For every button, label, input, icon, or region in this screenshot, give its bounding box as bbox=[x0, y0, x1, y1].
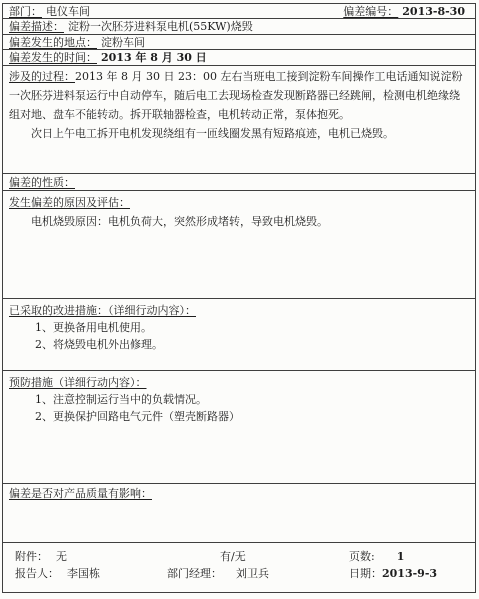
location-value: 淀粉车间 bbox=[101, 36, 145, 49]
section-quality-impact: 偏差是否对产品质量有影响： bbox=[3, 484, 475, 543]
description-value: 淀粉一次胚芬进料泵电机(55KW)烧毁 bbox=[68, 20, 253, 33]
department-value: 电仪车间 bbox=[46, 5, 90, 18]
section-cause: 发生偏差的原因及评估： 电机烧毁原因：电机负荷大，突然形成堵转，导致电机烧毁。 bbox=[3, 191, 475, 299]
department-label: 部门： bbox=[9, 5, 42, 18]
footer: 附件：无 有/无 页数:1 报告人：李国栋 部门经理：刘卫兵 日期：2013-9… bbox=[3, 543, 475, 589]
process-paragraph-1: 涉及的过程：2013 年 8 月 30 日 23：00 左右当班电工接到淀粉车间… bbox=[9, 67, 469, 124]
section-nature: 偏差的性质： bbox=[3, 174, 475, 191]
reporter-field: 报告人：李国栋 bbox=[15, 565, 100, 582]
manager-label: 部门经理： bbox=[167, 567, 222, 580]
manager-value: 刘卫兵 bbox=[236, 567, 269, 580]
deviation-number-value: 2013-8-30 bbox=[402, 5, 465, 18]
preventive-header: 预防措施（详细行动内容）： bbox=[9, 372, 469, 391]
description-label: 偏差描述： bbox=[9, 20, 64, 33]
reporter-value: 李国栋 bbox=[67, 567, 100, 580]
attachment-field: 附件：无 bbox=[15, 548, 67, 565]
process-label: 涉及的过程： bbox=[9, 70, 75, 83]
manager-field: 部门经理：刘卫兵 bbox=[167, 565, 269, 582]
pages-value: 1 bbox=[397, 550, 405, 563]
row-department: 部门：电仪车间 偏差编号：2013-8-30 bbox=[3, 4, 475, 19]
date-label: 日期： bbox=[349, 567, 382, 580]
cause-header: 发生偏差的原因及评估： bbox=[9, 192, 469, 211]
deviation-report-form: 部门：电仪车间 偏差编号：2013-8-30 偏差描述：淀粉一次胚芬进料泵电机(… bbox=[2, 3, 476, 593]
deviation-number-block: 偏差编号：2013-8-30 bbox=[343, 5, 465, 19]
section-actions-taken: 已采取的改进措施：（详细行动内容）： 1、更换备用电机使用。 2、将烧毁电机外出… bbox=[3, 299, 475, 371]
nature-label: 偏差的性质： bbox=[9, 176, 75, 189]
actions-taken-item-1: 1、更换备用电机使用。 bbox=[9, 319, 469, 336]
reporter-label: 报告人： bbox=[15, 567, 59, 580]
location-label: 偏差发生的地点： bbox=[9, 36, 97, 49]
row-location: 偏差发生的地点：淀粉车间 bbox=[3, 35, 475, 50]
pages-field: 页数:1 bbox=[349, 548, 404, 565]
date-field: 日期：2013-9-3 bbox=[349, 565, 437, 582]
row-time: 偏差发生的时间：2013 年 8 月 30 日 bbox=[3, 50, 475, 66]
section-process: 涉及的过程：2013 年 8 月 30 日 23：00 左右当班电工接到淀粉车间… bbox=[3, 66, 475, 174]
preventive-item-2: 2、更换保护回路电气元件（塑壳断路器） bbox=[9, 408, 469, 425]
attachment-label: 附件： bbox=[15, 550, 48, 563]
pages-label: 页数: bbox=[349, 550, 375, 563]
time-label: 偏差发生的时间： bbox=[9, 51, 97, 64]
process-paragraph-2: 次日上午电工拆开电机发现绕组有一匝线圈发黑有短路痕迹，电机已烧毁。 bbox=[9, 124, 469, 143]
preventive-item-1: 1、注意控制运行当中的负载情况。 bbox=[9, 391, 469, 408]
row-description: 偏差描述：淀粉一次胚芬进料泵电机(55KW)烧毁 bbox=[3, 19, 475, 35]
has-none-option: 有/无 bbox=[220, 548, 246, 565]
date-value: 2013-9-3 bbox=[382, 567, 437, 580]
footer-line-2: 报告人：李国栋 部门经理：刘卫兵 日期：2013-9-3 bbox=[9, 565, 469, 582]
actions-taken-header: 已采取的改进措施：（详细行动内容）： bbox=[9, 300, 469, 319]
attachment-value: 无 bbox=[56, 550, 67, 563]
footer-line-1: 附件：无 有/无 页数:1 bbox=[9, 548, 469, 565]
time-value: 2013 年 8 月 30 日 bbox=[101, 51, 207, 64]
process-text-1: 2013 年 8 月 30 日 23：00 左右当班电工接到淀粉车间操作工电话通… bbox=[9, 70, 462, 121]
section-preventive: 预防措施（详细行动内容）： 1、注意控制运行当中的负载情况。 2、更换保护回路电… bbox=[3, 371, 475, 484]
actions-taken-item-2: 2、将烧毁电机外出修理。 bbox=[9, 336, 469, 353]
cause-text: 电机烧毁原因：电机负荷大，突然形成堵转，导致电机烧毁。 bbox=[9, 213, 469, 230]
deviation-number-label: 偏差编号： bbox=[343, 5, 398, 18]
quality-impact-label: 偏差是否对产品质量有影响： bbox=[9, 487, 152, 500]
